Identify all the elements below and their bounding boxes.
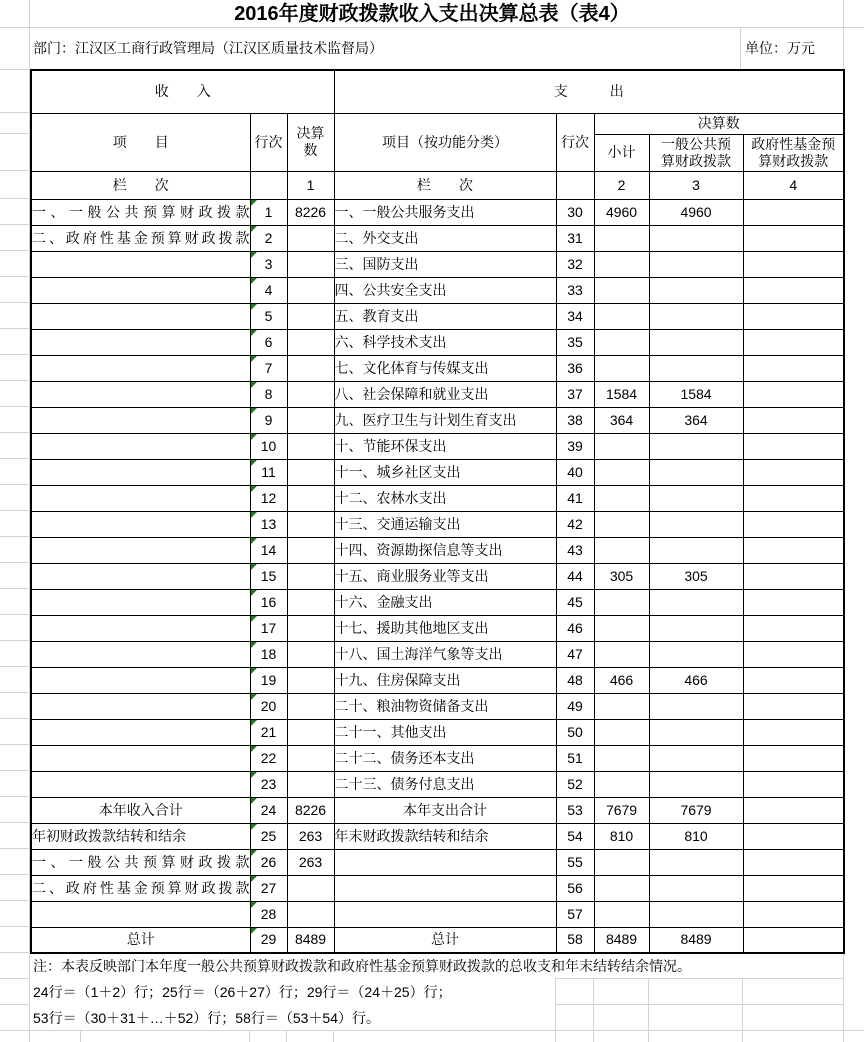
gov-fund-budget-cell[interactable]: [743, 901, 844, 927]
gov-fund-budget-cell[interactable]: [743, 329, 844, 355]
gov-fund-budget-cell[interactable]: [743, 589, 844, 615]
note-line-1[interactable]: 注：本表反映部门本年度一般公共预算财政拨款和政府性基金预算财政拨款的总收支和年末…: [33, 953, 691, 979]
gov-fund-budget-cell[interactable]: [743, 615, 844, 641]
table-row: 收 入支 出: [31, 70, 844, 113]
income-row-no-cell[interactable]: 18: [250, 641, 287, 667]
income-row-no-cell[interactable]: 19: [250, 667, 287, 693]
income-amount-cell[interactable]: [287, 407, 334, 433]
note-line-2[interactable]: 24行＝（1＋2）行；25行＝（26＋27）行；29行＝（24＋25）行；: [33, 979, 452, 1005]
gridline: [0, 770, 29, 771]
expenditure-item-cell[interactable]: 九、医疗卫生与计划生育支出: [334, 407, 556, 433]
expenditure-item-cell[interactable]: 十七、援助其他地区支出: [334, 615, 556, 641]
subtotal-header[interactable]: 小计: [594, 134, 649, 171]
income-row-no-header[interactable]: 行次: [250, 113, 287, 171]
subtotal-cell[interactable]: [594, 329, 649, 355]
expenditure-item-cell[interactable]: 二十三、债务付息支出: [334, 771, 556, 797]
subtotal-cell[interactable]: 305: [594, 563, 649, 589]
income-amount-cell[interactable]: [287, 615, 334, 641]
income-item-cell[interactable]: [31, 693, 250, 719]
gridline: [0, 952, 29, 953]
cell-flag-triangle-icon: [251, 902, 257, 908]
expenditure-row-no-cell[interactable]: 45: [556, 589, 594, 615]
expenditure-item-cell[interactable]: [334, 849, 556, 875]
gridline: [0, 718, 29, 719]
expenditure-item-cell[interactable]: 十、节能环保支出: [334, 433, 556, 459]
income-item-cell[interactable]: [31, 615, 250, 641]
expenditure-item-cell[interactable]: 八、社会保障和就业支出: [334, 381, 556, 407]
expenditure-final-figure-header[interactable]: 决算数: [594, 113, 844, 134]
subtotal-cell[interactable]: [594, 277, 649, 303]
income-amount-cell[interactable]: [287, 511, 334, 537]
general-public-budget-cell[interactable]: [649, 277, 743, 303]
expenditure-row-no-cell[interactable]: 53: [556, 797, 594, 823]
income-row-no-cell[interactable]: 25: [250, 823, 287, 849]
item-header[interactable]: 项 目: [31, 113, 250, 171]
subtotal-cell[interactable]: [594, 849, 649, 875]
income-amount-cell[interactable]: [287, 355, 334, 381]
general-public-budget-cell[interactable]: 8489: [649, 927, 743, 953]
expenditure-item-cell[interactable]: 四、公共安全支出: [334, 277, 556, 303]
column-index-3[interactable]: 3: [649, 171, 743, 199]
income-row-no-cell[interactable]: 16: [250, 589, 287, 615]
expenditure-item-cell[interactable]: 六、科学技术支出: [334, 329, 556, 355]
income-row-no-cell[interactable]: 23: [250, 771, 287, 797]
expenditure-row-no-cell[interactable]: 42: [556, 511, 594, 537]
income-row-no-cell[interactable]: 15: [250, 563, 287, 589]
subtotal-cell[interactable]: [594, 589, 649, 615]
income-row-no-cell[interactable]: 11: [250, 459, 287, 485]
subtotal-cell[interactable]: [594, 875, 649, 901]
general-public-budget-header[interactable]: 一般公共预 算财政拨款: [649, 134, 743, 171]
general-public-budget-cell[interactable]: [649, 511, 743, 537]
cell-flag-triangle-icon: [251, 434, 257, 440]
general-public-budget-cell[interactable]: [649, 355, 743, 381]
table-row: 16十六、金融支出45: [31, 589, 844, 615]
income-item-cell[interactable]: 年初财政拨款结转和结余: [31, 823, 250, 849]
general-public-budget-cell[interactable]: 466: [649, 667, 743, 693]
general-public-budget-cell[interactable]: [649, 225, 743, 251]
table-row: 7七、文化体育与传媒支出36: [31, 355, 844, 381]
general-public-budget-cell[interactable]: [649, 771, 743, 797]
income-row-no-cell[interactable]: 5: [250, 303, 287, 329]
expenditure-row-no-cell[interactable]: 58: [556, 927, 594, 953]
expenditure-row-no-cell[interactable]: 40: [556, 459, 594, 485]
subtotal-cell[interactable]: [594, 641, 649, 667]
gov-fund-budget-cell[interactable]: [743, 823, 844, 849]
gov-fund-budget-cell[interactable]: [743, 745, 844, 771]
income-item-cell[interactable]: 本年收入合计: [31, 797, 250, 823]
column-index-label-income[interactable]: 栏 次: [31, 171, 250, 199]
income-row-no-cell[interactable]: 27: [250, 875, 287, 901]
expenditure-section-header[interactable]: 支 出: [334, 70, 844, 113]
income-amount-cell[interactable]: [287, 719, 334, 745]
income-amount-cell[interactable]: [287, 433, 334, 459]
gov-fund-budget-cell[interactable]: [743, 849, 844, 875]
income-row-no-cell[interactable]: 9: [250, 407, 287, 433]
column-index-4[interactable]: 4: [743, 171, 844, 199]
subtotal-cell[interactable]: 810: [594, 823, 649, 849]
income-item-cell[interactable]: [31, 303, 250, 329]
general-public-budget-cell[interactable]: [649, 251, 743, 277]
expenditure-row-no-cell[interactable]: 47: [556, 641, 594, 667]
subtotal-cell[interactable]: [594, 303, 649, 329]
expenditure-item-cell[interactable]: 本年支出合计: [334, 797, 556, 823]
income-item-cell[interactable]: [31, 251, 250, 277]
gov-fund-budget-cell[interactable]: [743, 381, 844, 407]
gov-fund-budget-cell[interactable]: [743, 433, 844, 459]
unit-label[interactable]: 单位：万元: [745, 27, 815, 69]
gov-fund-budget-cell[interactable]: [743, 537, 844, 563]
column-index-label-expenditure[interactable]: 栏 次: [334, 171, 556, 199]
expenditure-item-cell[interactable]: 五、教育支出: [334, 303, 556, 329]
income-row-no-cell[interactable]: 21: [250, 719, 287, 745]
table-row: 11十一、城乡社区支出40: [31, 459, 844, 485]
column-index-1[interactable]: 1: [287, 171, 334, 199]
income-amount-cell[interactable]: [287, 251, 334, 277]
expenditure-item-cell[interactable]: 二十一、其他支出: [334, 719, 556, 745]
gov-fund-budget-cell[interactable]: [743, 251, 844, 277]
income-amount-cell[interactable]: [287, 459, 334, 485]
expenditure-row-no-cell[interactable]: 56: [556, 875, 594, 901]
gridline: [0, 536, 29, 537]
gov-fund-budget-cell[interactable]: [743, 459, 844, 485]
income-amount-cell[interactable]: [287, 771, 334, 797]
general-public-budget-cell[interactable]: 810: [649, 823, 743, 849]
income-item-cell[interactable]: [31, 329, 250, 355]
column-index-empty-cell[interactable]: [556, 171, 594, 199]
expenditure-item-cell[interactable]: 十三、交通运输支出: [334, 511, 556, 537]
income-amount-cell[interactable]: [287, 563, 334, 589]
gridline: [0, 198, 29, 199]
subtotal-cell[interactable]: [594, 511, 649, 537]
subtotal-cell[interactable]: 8489: [594, 927, 649, 953]
income-final-figure-header[interactable]: 决算 数: [287, 113, 334, 171]
income-row-no-cell[interactable]: 10: [250, 433, 287, 459]
income-item-cell[interactable]: [31, 719, 250, 745]
cell-flag-triangle-icon: [251, 694, 257, 700]
expenditure-item-cell[interactable]: [334, 901, 556, 927]
expenditure-row-no-cell[interactable]: 57: [556, 901, 594, 927]
cell-flag-triangle-icon: [251, 850, 257, 856]
income-item-cell[interactable]: [31, 381, 250, 407]
gridline: [0, 510, 29, 511]
income-amount-cell[interactable]: [287, 381, 334, 407]
general-public-budget-cell[interactable]: [649, 875, 743, 901]
general-public-budget-cell[interactable]: 4960: [649, 199, 743, 225]
income-amount-cell[interactable]: [287, 641, 334, 667]
column-index-2[interactable]: 2: [594, 171, 649, 199]
gov-fund-budget-cell[interactable]: [743, 719, 844, 745]
gov-fund-budget-cell[interactable]: [743, 199, 844, 225]
expenditure-item-cell[interactable]: 一、一般公共服务支出: [334, 199, 556, 225]
expenditure-row-no-cell[interactable]: 33: [556, 277, 594, 303]
subtotal-cell[interactable]: [594, 433, 649, 459]
income-section-header[interactable]: 收 入: [31, 70, 334, 113]
cell-flag-triangle-icon: [251, 642, 257, 648]
gov-fund-budget-cell[interactable]: [743, 771, 844, 797]
general-public-budget-cell[interactable]: [649, 693, 743, 719]
cell-flag-triangle-icon: [251, 460, 257, 466]
expenditure-row-no-header[interactable]: 行次: [556, 113, 594, 171]
gridline: [0, 133, 29, 134]
subtotal-cell[interactable]: [594, 745, 649, 771]
gov-fund-budget-header[interactable]: 政府性基金预 算财政拨款: [743, 134, 844, 171]
general-public-budget-cell[interactable]: [649, 303, 743, 329]
expenditure-item-cell[interactable]: 总计: [334, 927, 556, 953]
cell-flag-triangle-icon: [251, 200, 257, 206]
income-amount-cell[interactable]: [287, 667, 334, 693]
gov-fund-budget-cell[interactable]: [743, 303, 844, 329]
income-amount-cell[interactable]: [287, 225, 334, 251]
income-item-cell[interactable]: 一、一般公共预算财政拨款: [31, 199, 250, 225]
expenditure-item-cell[interactable]: 十一、城乡社区支出: [334, 459, 556, 485]
expenditure-row-no-cell[interactable]: 36: [556, 355, 594, 381]
sheet-title[interactable]: 2016年度财政拨款收入支出决算总表（表4）: [0, 0, 864, 28]
general-public-budget-cell[interactable]: [649, 901, 743, 927]
expenditure-item-cell[interactable]: 十四、资源勘探信息等支出: [334, 537, 556, 563]
general-public-budget-cell[interactable]: [649, 745, 743, 771]
expenditure-row-no-cell[interactable]: 41: [556, 485, 594, 511]
income-row-no-cell[interactable]: 29: [250, 927, 287, 953]
income-row-no-cell[interactable]: 6: [250, 329, 287, 355]
income-row-no-cell[interactable]: 2: [250, 225, 287, 251]
income-item-cell[interactable]: [31, 641, 250, 667]
gov-fund-budget-cell[interactable]: [743, 355, 844, 381]
income-amount-cell[interactable]: [287, 693, 334, 719]
expenditure-item-cell[interactable]: 十九、住房保障支出: [334, 667, 556, 693]
expenditure-item-cell[interactable]: 七、文化体育与传媒支出: [334, 355, 556, 381]
gov-fund-budget-cell[interactable]: [743, 927, 844, 953]
expenditure-row-no-cell[interactable]: 52: [556, 771, 594, 797]
gov-fund-budget-cell[interactable]: [743, 485, 844, 511]
expenditure-item-cell[interactable]: 十五、商业服务业等支出: [334, 563, 556, 589]
expenditure-item-cell[interactable]: 二十二、债务还本支出: [334, 745, 556, 771]
gridline: [843, 952, 844, 1042]
subtotal-cell[interactable]: [594, 693, 649, 719]
expenditure-item-cell[interactable]: 二、外交支出: [334, 225, 556, 251]
expenditure-row-no-cell[interactable]: 55: [556, 849, 594, 875]
gridline: [0, 848, 29, 849]
expenditure-item-cell[interactable]: 三、国防支出: [334, 251, 556, 277]
expenditure-row-no-cell[interactable]: 37: [556, 381, 594, 407]
income-row-no-cell[interactable]: 20: [250, 693, 287, 719]
column-index-empty-cell[interactable]: [250, 171, 287, 199]
general-public-budget-cell[interactable]: [649, 329, 743, 355]
subtotal-cell[interactable]: 1584: [594, 381, 649, 407]
subtotal-cell[interactable]: 364: [594, 407, 649, 433]
income-amount-cell[interactable]: 263: [287, 823, 334, 849]
item-by-function-header[interactable]: 项目（按功能分类）: [334, 113, 556, 171]
income-row-no-cell[interactable]: 12: [250, 485, 287, 511]
expenditure-row-no-cell[interactable]: 44: [556, 563, 594, 589]
income-item-cell[interactable]: [31, 667, 250, 693]
income-item-cell[interactable]: [31, 277, 250, 303]
expenditure-row-no-cell[interactable]: 46: [556, 615, 594, 641]
cell-flag-triangle-icon: [251, 252, 257, 258]
income-row-no-cell[interactable]: 3: [250, 251, 287, 277]
income-item-cell[interactable]: 总计: [31, 927, 250, 953]
income-amount-cell[interactable]: 8226: [287, 797, 334, 823]
income-item-cell[interactable]: [31, 771, 250, 797]
income-row-no-cell[interactable]: 24: [250, 797, 287, 823]
income-item-cell[interactable]: [31, 901, 250, 927]
cell-flag-triangle-icon: [251, 746, 257, 752]
subtotal-cell[interactable]: [594, 355, 649, 381]
income-row-no-cell[interactable]: 1: [250, 199, 287, 225]
gov-fund-budget-cell[interactable]: [743, 277, 844, 303]
subtotal-cell[interactable]: 4960: [594, 199, 649, 225]
expenditure-row-no-cell[interactable]: 30: [556, 199, 594, 225]
income-row-no-cell[interactable]: 28: [250, 901, 287, 927]
income-amount-cell[interactable]: [287, 485, 334, 511]
expenditure-row-no-cell[interactable]: 43: [556, 537, 594, 563]
income-item-cell[interactable]: [31, 745, 250, 771]
subtotal-cell[interactable]: [594, 251, 649, 277]
gridline: [0, 276, 29, 277]
cell-flag-triangle-icon: [251, 616, 257, 622]
expenditure-item-cell[interactable]: [334, 875, 556, 901]
cell-flag-triangle-icon: [251, 512, 257, 518]
table-row: 总计298489总计5884898489: [31, 927, 844, 953]
income-item-cell[interactable]: [31, 355, 250, 381]
expenditure-row-no-cell[interactable]: 38: [556, 407, 594, 433]
general-public-budget-cell[interactable]: [649, 459, 743, 485]
table-row: 3三、国防支出32: [31, 251, 844, 277]
income-item-cell[interactable]: [31, 537, 250, 563]
income-row-no-cell[interactable]: 4: [250, 277, 287, 303]
income-row-no-cell[interactable]: 22: [250, 745, 287, 771]
table-row: 二、政府性基金预算财政拨款2二、外交支出31: [31, 225, 844, 251]
gov-fund-budget-cell[interactable]: [743, 875, 844, 901]
gov-fund-budget-cell[interactable]: [743, 563, 844, 589]
gov-fund-budget-cell[interactable]: [743, 667, 844, 693]
income-item-cell[interactable]: 一、一般公共预算财政拨款: [31, 849, 250, 875]
income-amount-cell[interactable]: [287, 303, 334, 329]
general-public-budget-cell[interactable]: [649, 719, 743, 745]
gov-fund-budget-cell[interactable]: [743, 225, 844, 251]
income-amount-cell[interactable]: 263: [287, 849, 334, 875]
cell-flag-triangle-icon: [251, 330, 257, 336]
note-line-3[interactable]: 53行＝（30＋31＋…＋52）行；58行＝（53＋54）行。: [33, 1005, 380, 1031]
income-row-no-cell[interactable]: 26: [250, 849, 287, 875]
income-item-cell[interactable]: [31, 589, 250, 615]
subtotal-cell[interactable]: [594, 459, 649, 485]
expenditure-row-no-cell[interactable]: 35: [556, 329, 594, 355]
expenditure-row-no-cell[interactable]: 50: [556, 719, 594, 745]
gov-fund-budget-cell[interactable]: [743, 641, 844, 667]
income-amount-cell[interactable]: [287, 901, 334, 927]
general-public-budget-cell[interactable]: [649, 589, 743, 615]
subtotal-cell[interactable]: 466: [594, 667, 649, 693]
subtotal-cell[interactable]: [594, 225, 649, 251]
general-public-budget-cell[interactable]: [649, 641, 743, 667]
income-amount-cell[interactable]: 8226: [287, 199, 334, 225]
gridline: [0, 744, 29, 745]
general-public-budget-cell[interactable]: [649, 849, 743, 875]
cell-flag-triangle-icon: [251, 772, 257, 778]
income-row-no-cell[interactable]: 13: [250, 511, 287, 537]
table-row: 一、一般公共预算财政拨款2626355: [31, 849, 844, 875]
income-amount-cell[interactable]: [287, 329, 334, 355]
expenditure-row-no-cell[interactable]: 31: [556, 225, 594, 251]
gridline: [0, 354, 29, 355]
subtotal-cell[interactable]: [594, 901, 649, 927]
expenditure-row-no-cell[interactable]: 34: [556, 303, 594, 329]
expenditure-item-cell[interactable]: 十八、国土海洋气象等支出: [334, 641, 556, 667]
expenditure-row-no-cell[interactable]: 48: [556, 667, 594, 693]
table-row: 项 目行次决算 数项目（按功能分类）行次决算数: [31, 113, 844, 134]
subtotal-cell[interactable]: [594, 771, 649, 797]
general-public-budget-cell[interactable]: [649, 615, 743, 641]
expenditure-row-no-cell[interactable]: 32: [556, 251, 594, 277]
subtotal-cell[interactable]: [594, 537, 649, 563]
gridline: [555, 978, 556, 1042]
general-public-budget-cell[interactable]: 305: [649, 563, 743, 589]
gridline: [0, 666, 29, 667]
income-amount-cell[interactable]: [287, 875, 334, 901]
income-amount-cell[interactable]: [287, 537, 334, 563]
cell-flag-triangle-icon: [251, 564, 257, 570]
expenditure-item-cell[interactable]: 十二、农林水支出: [334, 485, 556, 511]
income-item-cell[interactable]: 二、政府性基金预算财政拨款: [31, 225, 250, 251]
gov-fund-budget-cell[interactable]: [743, 407, 844, 433]
general-public-budget-cell[interactable]: 364: [649, 407, 743, 433]
gov-fund-budget-cell[interactable]: [743, 693, 844, 719]
income-item-cell[interactable]: [31, 407, 250, 433]
expenditure-item-cell[interactable]: 二十、粮油物资储备支出: [334, 693, 556, 719]
income-item-cell[interactable]: 二、政府性基金预算财政拨款: [31, 875, 250, 901]
general-public-budget-cell[interactable]: [649, 485, 743, 511]
table-row: 21二十一、其他支出50: [31, 719, 844, 745]
expenditure-row-no-cell[interactable]: 51: [556, 745, 594, 771]
gridline: [740, 27, 741, 69]
income-item-cell[interactable]: [31, 511, 250, 537]
table-row: 2857: [31, 901, 844, 927]
expenditure-item-cell[interactable]: 年末财政拨款结转和结余: [334, 823, 556, 849]
income-row-no-cell[interactable]: 14: [250, 537, 287, 563]
income-item-cell[interactable]: [31, 485, 250, 511]
income-item-cell[interactable]: [31, 459, 250, 485]
subtotal-cell[interactable]: [594, 719, 649, 745]
expenditure-row-no-cell[interactable]: 39: [556, 433, 594, 459]
subtotal-cell[interactable]: 7679: [594, 797, 649, 823]
table-row: 14十四、资源勘探信息等支出43: [31, 537, 844, 563]
general-public-budget-cell[interactable]: 1584: [649, 381, 743, 407]
general-public-budget-cell[interactable]: [649, 537, 743, 563]
income-item-cell[interactable]: [31, 563, 250, 589]
expenditure-row-no-cell[interactable]: 49: [556, 693, 594, 719]
expenditure-item-cell[interactable]: 十六、金融支出: [334, 589, 556, 615]
subtotal-cell[interactable]: [594, 615, 649, 641]
income-amount-cell[interactable]: [287, 589, 334, 615]
gov-fund-budget-cell[interactable]: [743, 797, 844, 823]
income-row-no-cell[interactable]: 7: [250, 355, 287, 381]
general-public-budget-cell[interactable]: 7679: [649, 797, 743, 823]
income-item-cell[interactable]: [31, 433, 250, 459]
department-label[interactable]: 部门：江汉区工商行政管理局（江汉区质量技术监督局）: [33, 27, 383, 69]
income-row-no-cell[interactable]: 8: [250, 381, 287, 407]
income-amount-cell[interactable]: [287, 745, 334, 771]
income-amount-cell[interactable]: 8489: [287, 927, 334, 953]
income-row-no-cell[interactable]: 17: [250, 615, 287, 641]
table-row: 13十三、交通运输支出42: [31, 511, 844, 537]
income-amount-cell[interactable]: [287, 277, 334, 303]
expenditure-row-no-cell[interactable]: 54: [556, 823, 594, 849]
subtotal-cell[interactable]: [594, 485, 649, 511]
gridline: [0, 432, 29, 433]
gov-fund-budget-cell[interactable]: [743, 511, 844, 537]
general-public-budget-cell[interactable]: [649, 433, 743, 459]
